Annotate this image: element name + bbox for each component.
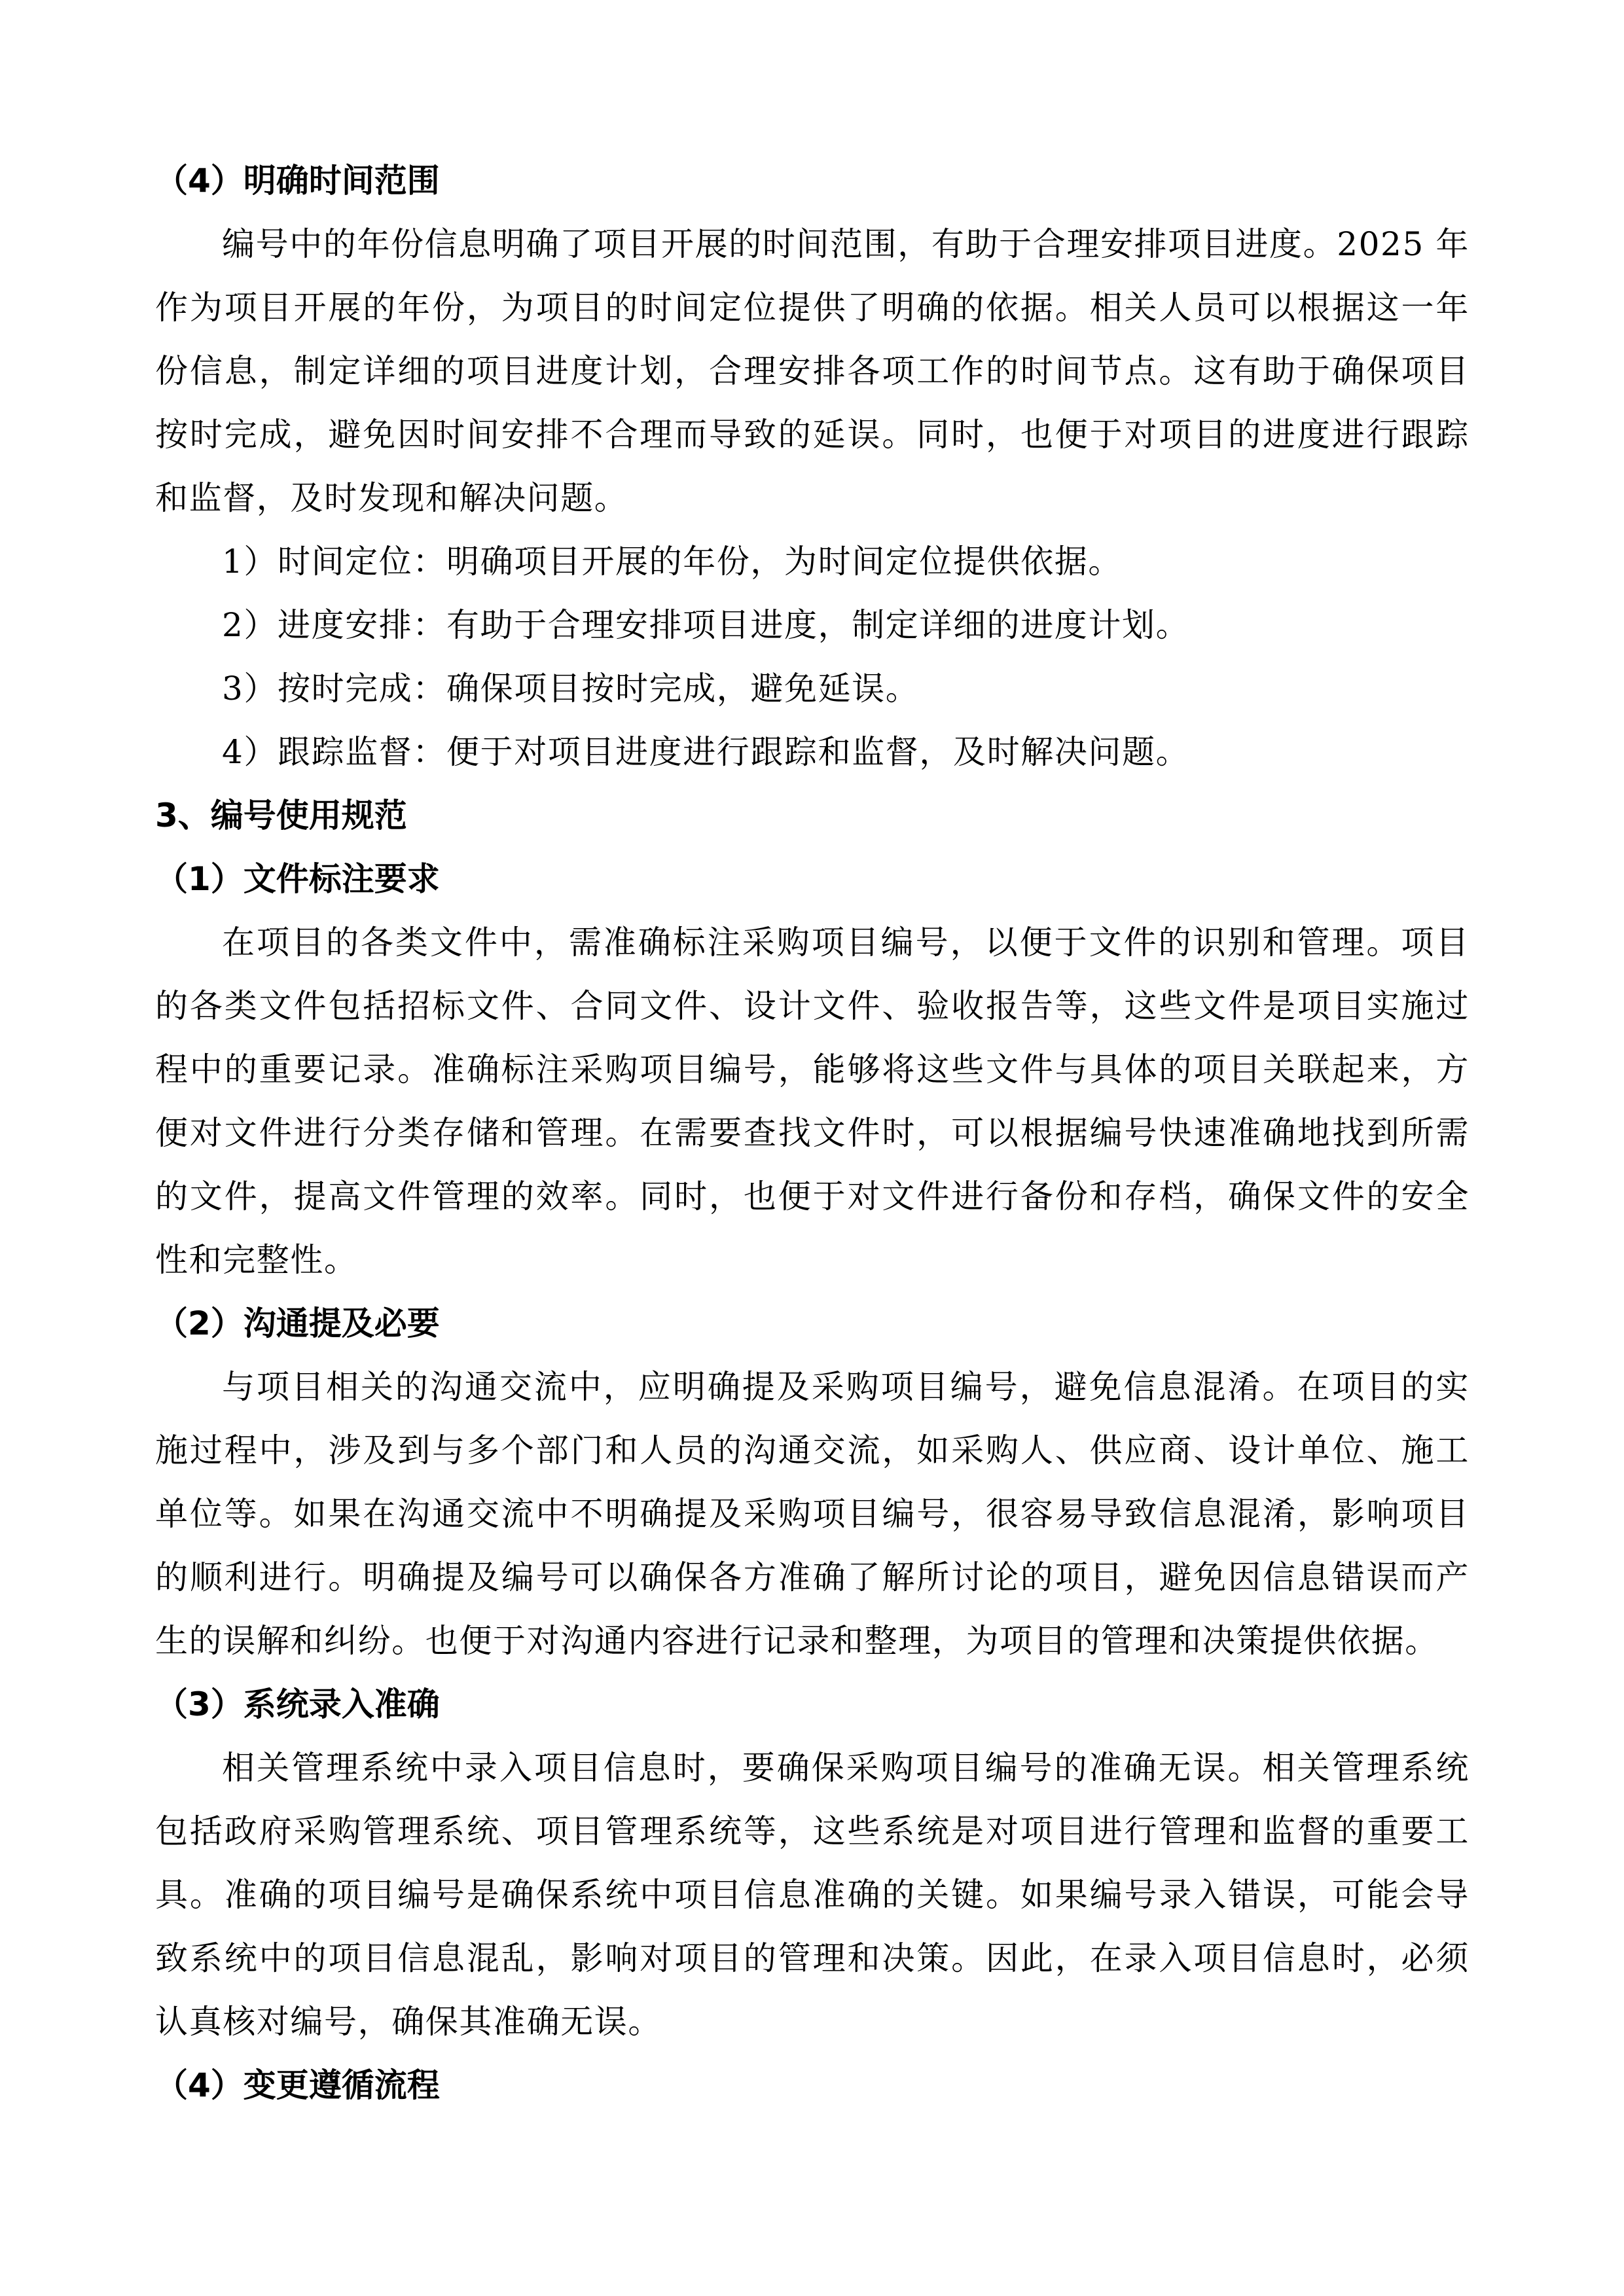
- subheading-file-labeling: （1）文件标注要求: [155, 848, 1470, 911]
- list-item-time-positioning: 1）时间定位：明确项目开展的年份，为时间定位提供依据。: [155, 530, 1470, 594]
- paragraph-communication: 与项目相关的沟通交流中，应明确提及采购项目编号，避免信息混淆。在项目的实施过程中…: [155, 1355, 1470, 1673]
- section-heading-numbering-usage: 3、编号使用规范: [155, 784, 1470, 848]
- paragraph-file-labeling: 在项目的各类文件中，需准确标注采购项目编号，以便于文件的识别和管理。项目的各类文…: [155, 911, 1470, 1292]
- subheading-time-range: （4）明确时间范围: [155, 149, 1470, 213]
- subheading-system-entry: （3）系统录入准确: [155, 1673, 1470, 1736]
- subheading-change-process: （4）变更遵循流程: [155, 2054, 1470, 2117]
- paragraph-system-entry: 相关管理系统中录入项目信息时，要确保采购项目编号的准确无误。相关管理系统包括政府…: [155, 1736, 1470, 2054]
- list-item-on-time-completion: 3）按时完成：确保项目按时完成，避免延误。: [155, 657, 1470, 721]
- document-page: （4）明确时间范围 编号中的年份信息明确了项目开展的时间范围，有助于合理安排项目…: [155, 149, 1470, 2117]
- list-item-tracking-supervision: 4）跟踪监督：便于对项目进度进行跟踪和监督，及时解决问题。: [155, 721, 1470, 784]
- paragraph-time-range: 编号中的年份信息明确了项目开展的时间范围，有助于合理安排项目进度。2025 年作…: [155, 213, 1470, 530]
- list-item-schedule-arrangement: 2）进度安排：有助于合理安排项目进度，制定详细的进度计划。: [155, 594, 1470, 657]
- subheading-communication: （2）沟通提及必要: [155, 1292, 1470, 1355]
